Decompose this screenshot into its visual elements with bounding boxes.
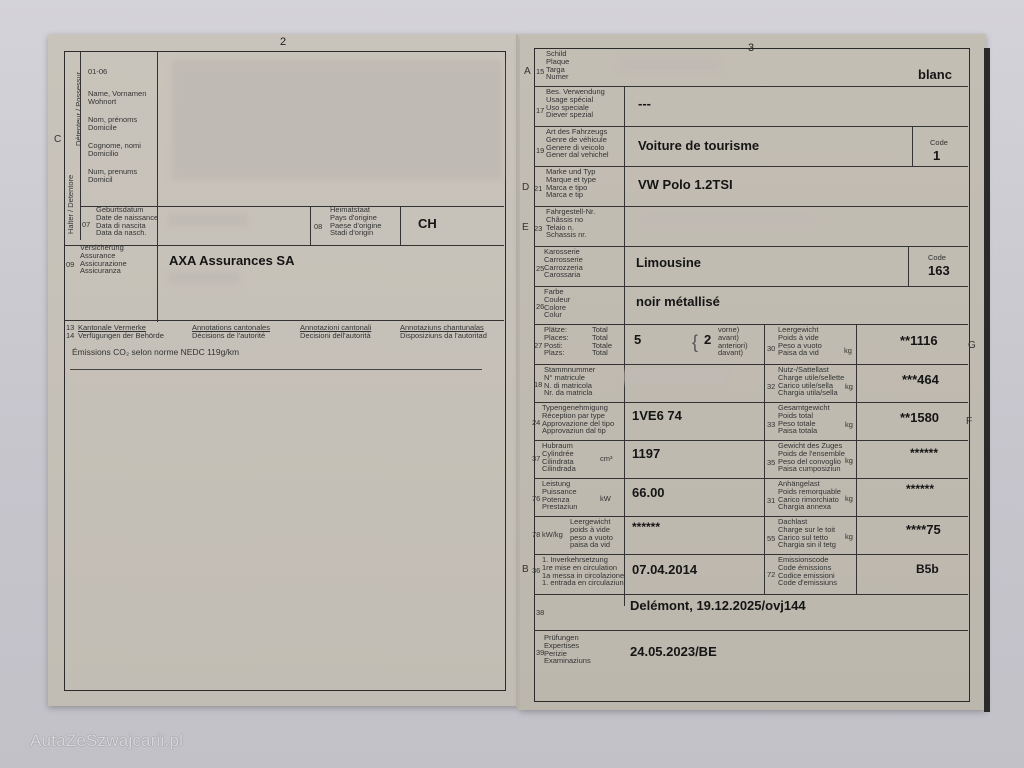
divider [856, 324, 857, 554]
chassis-label: Fahrgestell-Nr. Châssis no Telaio n. Sch… [546, 208, 595, 239]
payload-value: ***464 [902, 372, 939, 387]
insurance-address-redacted [168, 272, 240, 284]
field-num-76: 76 [532, 494, 540, 503]
divider [912, 126, 913, 166]
displacement-label: Hubraum Cylindrée Cilindrata Cilindrada [542, 442, 576, 473]
seats-front-label: vorne) avant) anteriori) davant) [718, 326, 748, 357]
divider [400, 206, 401, 246]
field-num-07: 07 [82, 220, 90, 229]
roof-load-label: Dachlast Charge sur le toit Carico sul t… [778, 518, 836, 549]
make-model-label: Marke und Typ Marque et type Marca e tip… [546, 168, 596, 199]
divider [64, 245, 504, 246]
brace: { [692, 324, 698, 360]
make-model-value: VW Polo 1.2TSI [638, 177, 733, 192]
seats-front-value: 2 [704, 332, 711, 347]
field-num-32: 32 [767, 382, 775, 391]
divider [908, 246, 909, 286]
divider [764, 554, 765, 594]
divider [534, 246, 968, 247]
holder-label-rm: Num, prenums Domicil [88, 168, 137, 184]
body-value: Limousine [636, 255, 701, 270]
divider [534, 286, 968, 287]
annotation-num-14: 14 [66, 332, 74, 340]
divider [534, 206, 968, 207]
divider [856, 554, 857, 594]
holder-vertical-label-1: Halter / Detentore [66, 175, 75, 234]
train-weight-unit: kg [845, 456, 853, 465]
type-approval-value: 1VE6 74 [632, 408, 682, 423]
field-num-21: 21 [534, 184, 542, 193]
body-code-label: Code [928, 253, 946, 262]
birthdate-value-redacted [168, 214, 248, 226]
power-weight-unit: kW/kg [542, 530, 563, 539]
payload-unit: kg [845, 382, 853, 391]
seats-label: Plätze: Places: Posti: Plazs: [544, 326, 569, 357]
color-value: noir métallisé [636, 294, 720, 309]
train-weight-label: Gewicht des Zuges Poids de l'ensemble Pe… [778, 442, 845, 473]
plate-value: blanc [918, 67, 952, 82]
divider [764, 324, 765, 554]
trailer-load-label: Anhängelast Poids remorquable Carico rim… [778, 480, 841, 511]
holder-label-it: Cognome, nomi Domicilio [88, 142, 141, 158]
emission-code-value: B5b [916, 562, 939, 576]
origin-label: Heimatstaat Pays d'origine Paese d'origi… [330, 206, 381, 237]
origin-value: CH [418, 216, 437, 231]
divider [157, 52, 158, 322]
power-weight-label: Leergewicht poids à vide peso a vuoto pa… [570, 518, 613, 549]
power-weight-value: ****** [632, 520, 660, 534]
field-num-33: 33 [767, 420, 775, 429]
vehicle-type-label: Art des Fahrzeugs Genre de véhicule Gene… [546, 128, 609, 159]
seats-total-label: Total Total Totale Total [592, 326, 612, 357]
chassis-value-redacted [638, 214, 818, 228]
section-letter-g: G [968, 340, 976, 351]
field-num-17: 17 [536, 106, 544, 115]
divider [534, 166, 968, 167]
section-letter-e: E [522, 222, 529, 233]
left-page: 2 C Halter / Detentore Détenteur / Posse… [48, 34, 520, 706]
insurance-label: Versicherung Assurance Assicurazione Ass… [80, 244, 127, 275]
field-num-15: 15 [536, 67, 544, 76]
displacement-unit: cm³ [600, 454, 613, 463]
watermark: AutaZeSzwajcarii.pl [30, 731, 183, 751]
divider [310, 206, 311, 246]
matricule-value-redacted [624, 370, 724, 384]
inspections-value: 24.05.2023/BE [630, 644, 717, 659]
right-page: 3 A 15 Schild Plaque Targa Numer blanc 1… [520, 34, 986, 710]
trailer-load-unit: kg [845, 494, 853, 503]
section-letter-a: A [524, 66, 531, 77]
special-use-label: Bes. Verwendung Usage spécial Uso specia… [546, 88, 605, 119]
vehicle-type-code-label: Code [930, 138, 948, 147]
divider [64, 320, 504, 321]
annotation-entry-co2: Émissions CO₂ selon norme NEDC 119g/km [72, 349, 239, 357]
field-num-37: 37 [532, 454, 540, 463]
train-weight-value: ****** [910, 446, 938, 460]
matricule-label: Stammnummer N° matricule N. di matricola… [544, 366, 595, 397]
empty-weight-value: **1116 [900, 333, 938, 348]
divider [534, 594, 968, 595]
field-num-72: 72 [767, 570, 775, 579]
field-num-18: 18 [534, 380, 542, 389]
page-number-2: 2 [280, 36, 286, 48]
empty-weight-label: Leergewicht Poids à vide Peso a vuoto Pa… [778, 326, 822, 357]
first-registration-value: 07.04.2014 [632, 562, 697, 577]
field-num-27: 27 [534, 341, 542, 350]
holder-value-redacted [172, 60, 502, 180]
annotation-underline [70, 369, 482, 370]
field-num-23: 23 [534, 224, 542, 233]
body-code: 163 [928, 263, 950, 278]
vehicle-type-code: 1 [933, 148, 940, 163]
holder-vertical-label-2: Détenteur / Possessur [74, 72, 83, 146]
roof-load-value: ****75 [906, 522, 941, 537]
first-registration-label: 1. Inverkehrsetzung 1re mise en circulat… [542, 556, 624, 587]
section-letter-d: D [522, 182, 529, 193]
section-letter-b: B [522, 564, 529, 575]
divider [624, 86, 625, 606]
roof-load-unit: kg [845, 532, 853, 541]
plate-label: Schild Plaque Targa Numer [546, 50, 569, 81]
power-value: 66.00 [632, 485, 665, 500]
plate-number-redacted [620, 58, 720, 72]
divider [534, 630, 968, 631]
field-num-78: 78 [532, 530, 540, 539]
power-label: Leistung Puissance Potenza Prestaziun [542, 480, 577, 511]
field-num-08: 08 [314, 222, 322, 231]
divider [534, 478, 968, 479]
field-num-55: 55 [767, 534, 775, 543]
field-num-31: 31 [767, 496, 775, 505]
emission-code-label: Emissionscode Code émissions Codice emis… [778, 556, 837, 587]
body-label: Karosserie Carrosserie Carrozzeria Caros… [544, 248, 583, 279]
field-num-36: 36 [532, 566, 540, 575]
field-num-35: 35 [767, 458, 775, 467]
field-num-19: 19 [536, 146, 544, 155]
vehicle-type-value: Voiture de tourisme [638, 138, 759, 153]
special-use-value: --- [638, 96, 651, 111]
issue-place-date-value: Delémont, 19.12.2025/ovj144 [630, 598, 806, 613]
total-weight-label: Gesamtgewicht Poids total Peso totale Pa… [778, 404, 830, 435]
trailer-load-value: ****** [906, 482, 934, 496]
displacement-value: 1197 [632, 446, 660, 461]
holder-label-de: Name, Vornamen Wohnort [88, 90, 146, 106]
field-num-24: 24 [532, 418, 540, 427]
color-label: Farbe Couleur Colore Colur [544, 288, 570, 319]
annotation-col-rm: Annotaziuns chantunalasDisposiziuns da l… [400, 324, 487, 340]
payload-label: Nutz-/Sattellast Charge utile/sellette C… [778, 366, 844, 397]
annotation-col-de: Kantonale VermerkeVerfügungen der Behörd… [78, 324, 164, 340]
section-letter-f: F [966, 416, 972, 427]
field-num-30: 30 [767, 344, 775, 353]
type-approval-label: Typengenehmigung Réception par type Appr… [542, 404, 614, 435]
power-unit: kW [600, 494, 611, 503]
empty-weight-unit: kg [844, 346, 852, 355]
divider [534, 364, 968, 365]
annotation-col-fr: Annotations cantonalesDécisions de l'aut… [192, 324, 270, 340]
field-num-09: 09 [66, 260, 74, 269]
page-edge-shadow [984, 48, 990, 712]
section-letter-c: C [54, 134, 61, 145]
seats-total-value: 5 [634, 332, 641, 347]
annotation-col-it: Annotazioni cantonaliDecisioni dell'auto… [300, 324, 371, 340]
insurance-value: AXA Assurances SA [169, 253, 294, 268]
total-weight-unit: kg [845, 420, 853, 429]
holder-label-fr: Nom, prénoms Domicile [88, 116, 137, 132]
field-num-38: 38 [536, 608, 544, 617]
total-weight-value: **1580 [900, 410, 939, 425]
divider [534, 440, 968, 441]
holder-field-range: 01-06 [88, 68, 107, 76]
birthdate-label: Geburtsdatum Date de naissance Data di n… [96, 206, 158, 237]
inspections-label: Prüfungen Expertises Perizie Examinaziun… [544, 634, 591, 665]
